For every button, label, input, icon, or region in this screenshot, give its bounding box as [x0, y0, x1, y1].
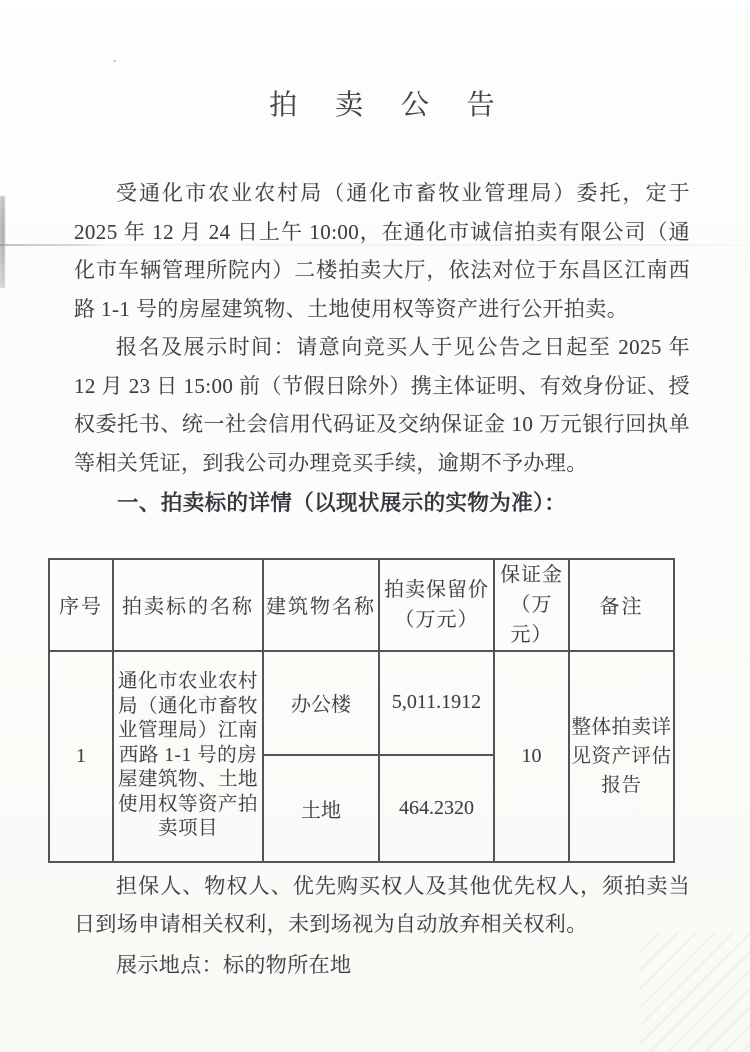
cell-building-office: 办公楼 [263, 651, 379, 755]
cell-price-land: 464.2320 [379, 755, 494, 862]
paragraph-exhibition-location: 展示地点：标的物所在地 [74, 946, 690, 985]
document-content: 拍 卖 公 告 受通化市农业农村局（通化市畜牧业管理局）委托，定于 2025 年… [0, 0, 750, 984]
col-header-deposit: 保证金 （万元） [494, 559, 569, 651]
col-header-reserve-price-line1: 拍卖保留价 [380, 575, 493, 605]
scanned-document-page: 拍 卖 公 告 受通化市农业农村局（通化市畜牧业管理局）委托，定于 2025 年… [0, 0, 750, 1052]
cell-price-office: 5,011.1912 [379, 651, 494, 755]
table-header-row: 序号 拍卖标的名称 建筑物名称 拍卖保留价 （万元） 保证金 （万元） 备注 [49, 559, 674, 651]
col-header-deposit-line1: 保证金 [495, 560, 568, 590]
page-title: 拍 卖 公 告 [74, 0, 690, 128]
section-heading-lot-details: 一、拍卖标的详情（以现状展示的实物为准）： [74, 484, 690, 523]
col-header-lot-name: 拍卖标的名称 [113, 559, 263, 651]
paragraph-registration-info: 报名及展示时间：请意向竞买人于见公告之日起至 2025 年 12 月 23 日 … [74, 328, 690, 482]
col-header-reserve-price-line2: （万元） [380, 605, 493, 635]
paragraph-auction-notice: 受通化市农业农村局（通化市畜牧业管理局）委托，定于 2025 年 12 月 24… [74, 174, 690, 328]
col-header-deposit-line2: （万元） [495, 590, 568, 650]
col-header-reserve-price: 拍卖保留价 （万元） [379, 559, 494, 651]
cell-building-land: 土地 [263, 755, 379, 862]
table-row-office-building: 1 通化市农业农村局（通化市畜牧业管理局）江南西路 1-1 号的房屋建筑物、土地… [49, 651, 674, 755]
col-header-building-name: 建筑物名称 [263, 559, 379, 651]
auction-lot-table: 序号 拍卖标的名称 建筑物名称 拍卖保留价 （万元） 保证金 （万元） 备注 1 [48, 558, 675, 863]
cell-remark: 整体拍卖详见资产评估报告 [569, 651, 674, 862]
cell-lot-index: 1 [49, 651, 113, 862]
cell-deposit: 10 [494, 651, 569, 862]
cell-lot-name: 通化市农业农村局（通化市畜牧业管理局）江南西路 1-1 号的房屋建筑物、土地使用… [113, 651, 263, 862]
paragraph-rights-holders: 担保人、物权人、优先购买权人及其他优先权人，须拍卖当日到场申请相关权利，未到场视… [74, 867, 690, 944]
col-header-remark: 备注 [569, 559, 674, 651]
col-header-index: 序号 [49, 559, 113, 651]
